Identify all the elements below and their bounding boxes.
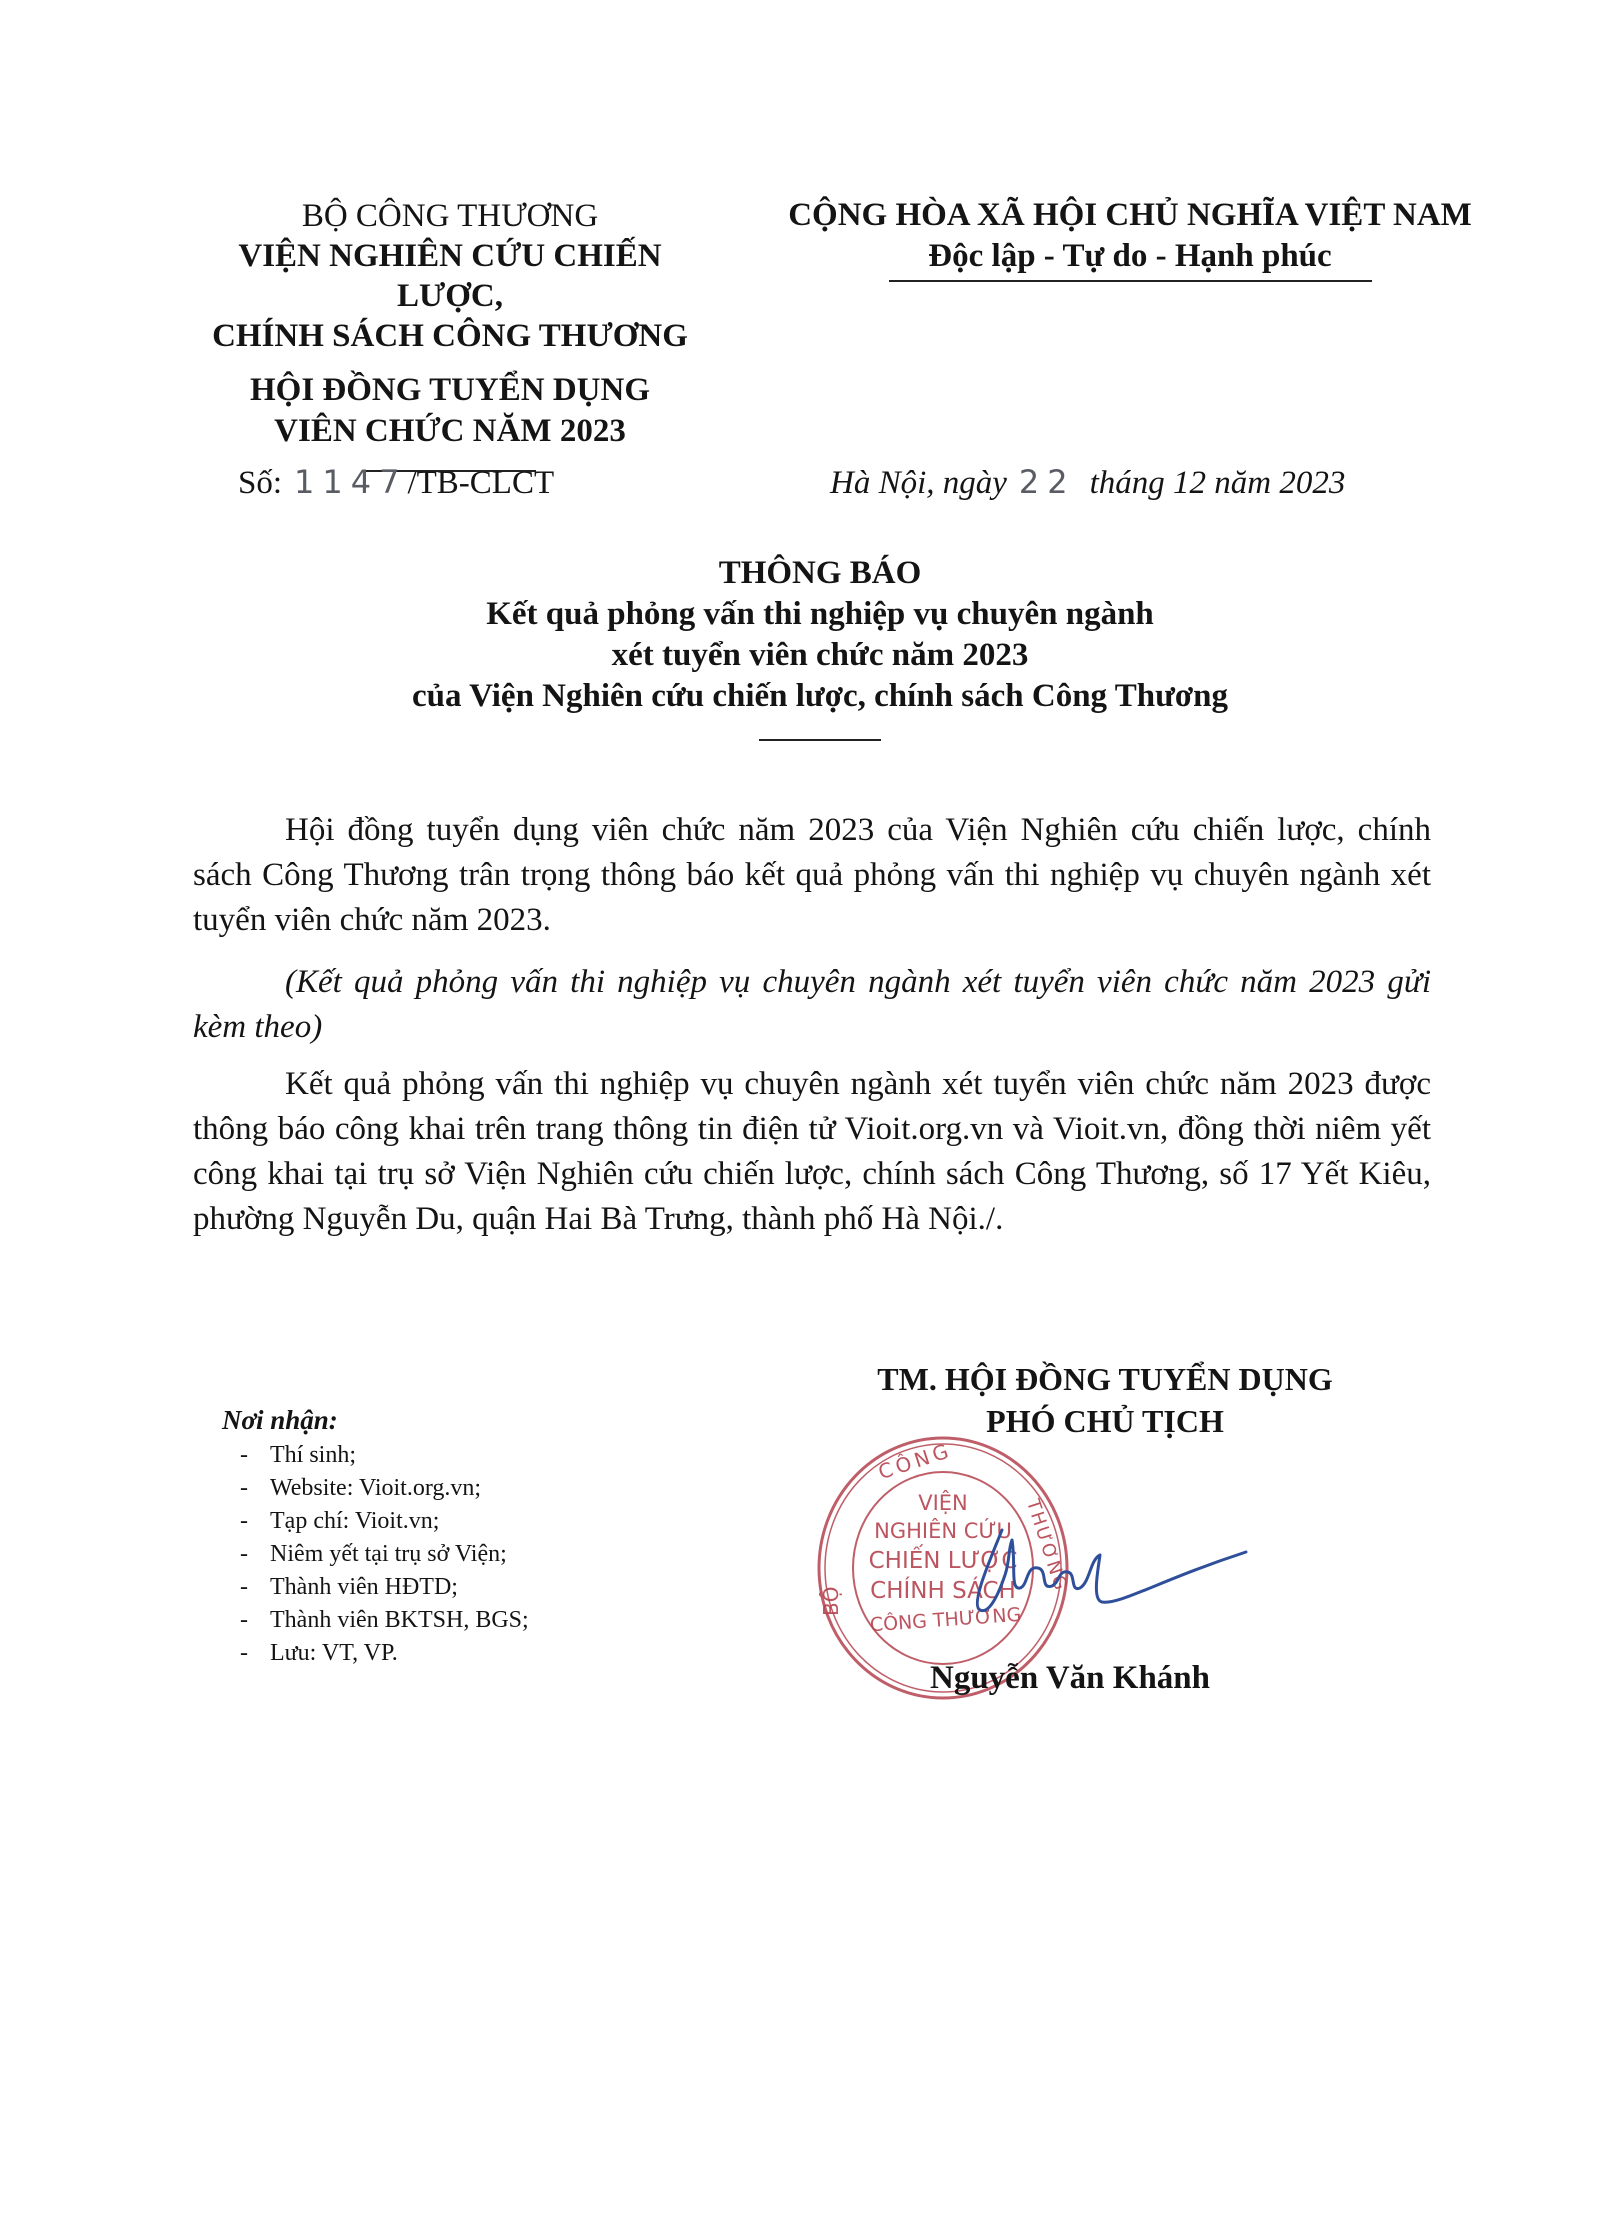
recipient-item: -Niêm yết tại trụ sở Viện; xyxy=(222,1538,529,1571)
nation-name: CỘNG HÒA XÃ HỘI CHỦ NGHĨA VIỆT NAM xyxy=(740,194,1520,236)
body-paragraph-1-text: Hội đồng tuyển dụng viên chức năm 2023 c… xyxy=(193,812,1431,938)
document-title-block: THÔNG BÁO Kết quả phỏng vấn thi nghiệp v… xyxy=(220,552,1420,741)
document-type: THÔNG BÁO xyxy=(220,552,1420,594)
recipient-item: -Thí sinh; xyxy=(222,1439,529,1472)
doc-number-value: 1147 xyxy=(294,463,407,501)
recipient-text: Thành viên HĐTD; xyxy=(270,1574,458,1600)
body-paragraph-1: Hội đồng tuyển dụng viên chức năm 2023 c… xyxy=(193,808,1431,943)
handwritten-signature-icon xyxy=(960,1510,1260,1630)
institute-name-line1: VIỆN NGHIÊN CỨU CHIẾN LƯỢC, xyxy=(190,236,710,316)
recipient-text: Thành viên BKTSH, BGS; xyxy=(270,1607,529,1633)
recipient-text: Thí sinh; xyxy=(270,1442,356,1468)
body-paragraph-attachment-note: (Kết quả phỏng vấn thi nghiệp vụ chuyên … xyxy=(193,960,1431,1050)
date-day: 22 xyxy=(1019,463,1076,501)
recipient-item: -Thành viên HĐTD; xyxy=(222,1571,529,1604)
recipient-item: -Thành viên BKTSH, BGS; xyxy=(222,1604,529,1637)
recipient-item: -Website: Vioit.org.vn; xyxy=(222,1472,529,1505)
national-motto: Độc lập - Tự do - Hạnh phúc xyxy=(740,236,1520,276)
body-paragraph-2-text: Kết quả phỏng vấn thi nghiệp vụ chuyên n… xyxy=(193,1066,1431,1237)
title-line2: xét tuyển viên chức năm 2023 xyxy=(220,635,1420,676)
national-header: CỘNG HÒA XÃ HỘI CHỦ NGHĨA VIỆT NAM Độc l… xyxy=(740,194,1520,282)
issuing-agency-header: BỘ CÔNG THƯƠNG VIỆN NGHIÊN CỨU CHIẾN LƯỢ… xyxy=(190,196,710,472)
doc-number-prefix: Số: xyxy=(238,465,282,501)
on-behalf-of: TM. HỘI ĐỒNG TUYỂN DỤNG xyxy=(800,1358,1410,1400)
recipients-heading: Nơi nhận: xyxy=(222,1403,529,1437)
recipient-item: -Lưu: VT, VP. xyxy=(222,1637,529,1670)
document-number: Số:1147/TB-CLCT xyxy=(238,463,554,502)
recipient-item: -Tạp chí: Vioit.vn; xyxy=(222,1505,529,1538)
title-line3: của Viện Nghiên cứu chiến lược, chính sá… xyxy=(220,676,1420,717)
title-line1: Kết quả phỏng vấn thi nghiệp vụ chuyên n… xyxy=(220,594,1420,635)
body-paragraph-2: Kết quả phỏng vấn thi nghiệp vụ chuyên n… xyxy=(193,1062,1431,1242)
council-name-line2: VIÊN CHỨC NĂM 2023 xyxy=(190,411,710,452)
doc-number-suffix: /TB-CLCT xyxy=(407,465,554,501)
title-divider xyxy=(759,739,881,741)
motto-underline xyxy=(889,280,1372,282)
date-place-prefix: Hà Nội, ngày xyxy=(830,465,1007,501)
ministry-name: BỘ CÔNG THƯƠNG xyxy=(190,196,710,236)
recipient-text: Tạp chí: Vioit.vn; xyxy=(270,1508,439,1534)
institute-name-line2: CHÍNH SÁCH CÔNG THƯƠNG xyxy=(190,316,710,356)
attachment-note-text: (Kết quả phỏng vấn thi nghiệp vụ chuyên … xyxy=(193,964,1431,1045)
document-date: Hà Nội, ngày22tháng 12 năm 2023 xyxy=(830,463,1345,502)
stamp-outer-left-text: BỘ xyxy=(819,1587,843,1616)
recipient-text: Lưu: VT, VP. xyxy=(270,1640,398,1666)
date-rest: tháng 12 năm 2023 xyxy=(1090,465,1346,501)
recipients-list: Nơi nhận: -Thí sinh; -Website: Vioit.org… xyxy=(222,1403,529,1670)
recipient-text: Niêm yết tại trụ sở Viện; xyxy=(270,1541,507,1567)
recipient-text: Website: Vioit.org.vn; xyxy=(270,1475,481,1501)
signer-name: Nguyễn Văn Khánh xyxy=(930,1660,1210,1697)
council-name-line1: HỘI ĐỒNG TUYỂN DỤNG xyxy=(190,370,710,411)
